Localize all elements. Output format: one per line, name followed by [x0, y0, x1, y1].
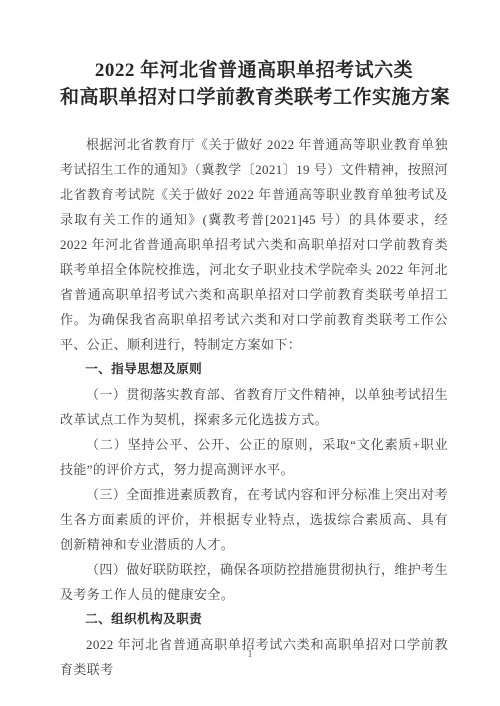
page-number: 1 [248, 649, 253, 660]
paragraph-principle-4: （四）做好联防联控，确保各项防控措施贯彻执行，维护考生及考务工作人员的健康安全。 [60, 557, 448, 607]
paragraph-principle-3: （三）全面推进素质教育，在考试内容和评分标准上突出对考生各方面素质的评价，并根据… [60, 482, 448, 557]
section-heading-1: 一、指导思想及原则 [60, 357, 448, 382]
document-title: 2022 年河北省普通高职单招考试六类 和高职单招对口学前教育类联考工作实施方案 [60, 57, 448, 111]
document-page: 2022 年河北省普通高职单招考试六类 和高职单招对口学前教育类联考工作实施方案… [0, 0, 500, 706]
section-heading-2: 二、组织机构及职责 [60, 607, 448, 632]
paragraph-principle-2: （二）坚持公平、公开、公正的原则，采取“文化素质+职业技能”的评价方式，努力提高… [60, 432, 448, 482]
paragraph-principle-1: （一）贯彻落实教育部、省教育厅文件精神，以单独考试招生改革试点工作为契机，探索多… [60, 382, 448, 432]
title-line-2: 和高职单招对口学前教育类联考工作实施方案 [60, 84, 448, 111]
title-line-1: 2022 年河北省普通高职单招考试六类 [60, 57, 448, 84]
paragraph-intro: 根据河北省教育厅《关于做好 2022 年普通高等职业教育单独考试招生工作的通知》… [60, 132, 448, 357]
page-footer: 1 [0, 649, 500, 660]
document-body: 根据河北省教育厅《关于做好 2022 年普通高等职业教育单独考试招生工作的通知》… [60, 132, 448, 682]
